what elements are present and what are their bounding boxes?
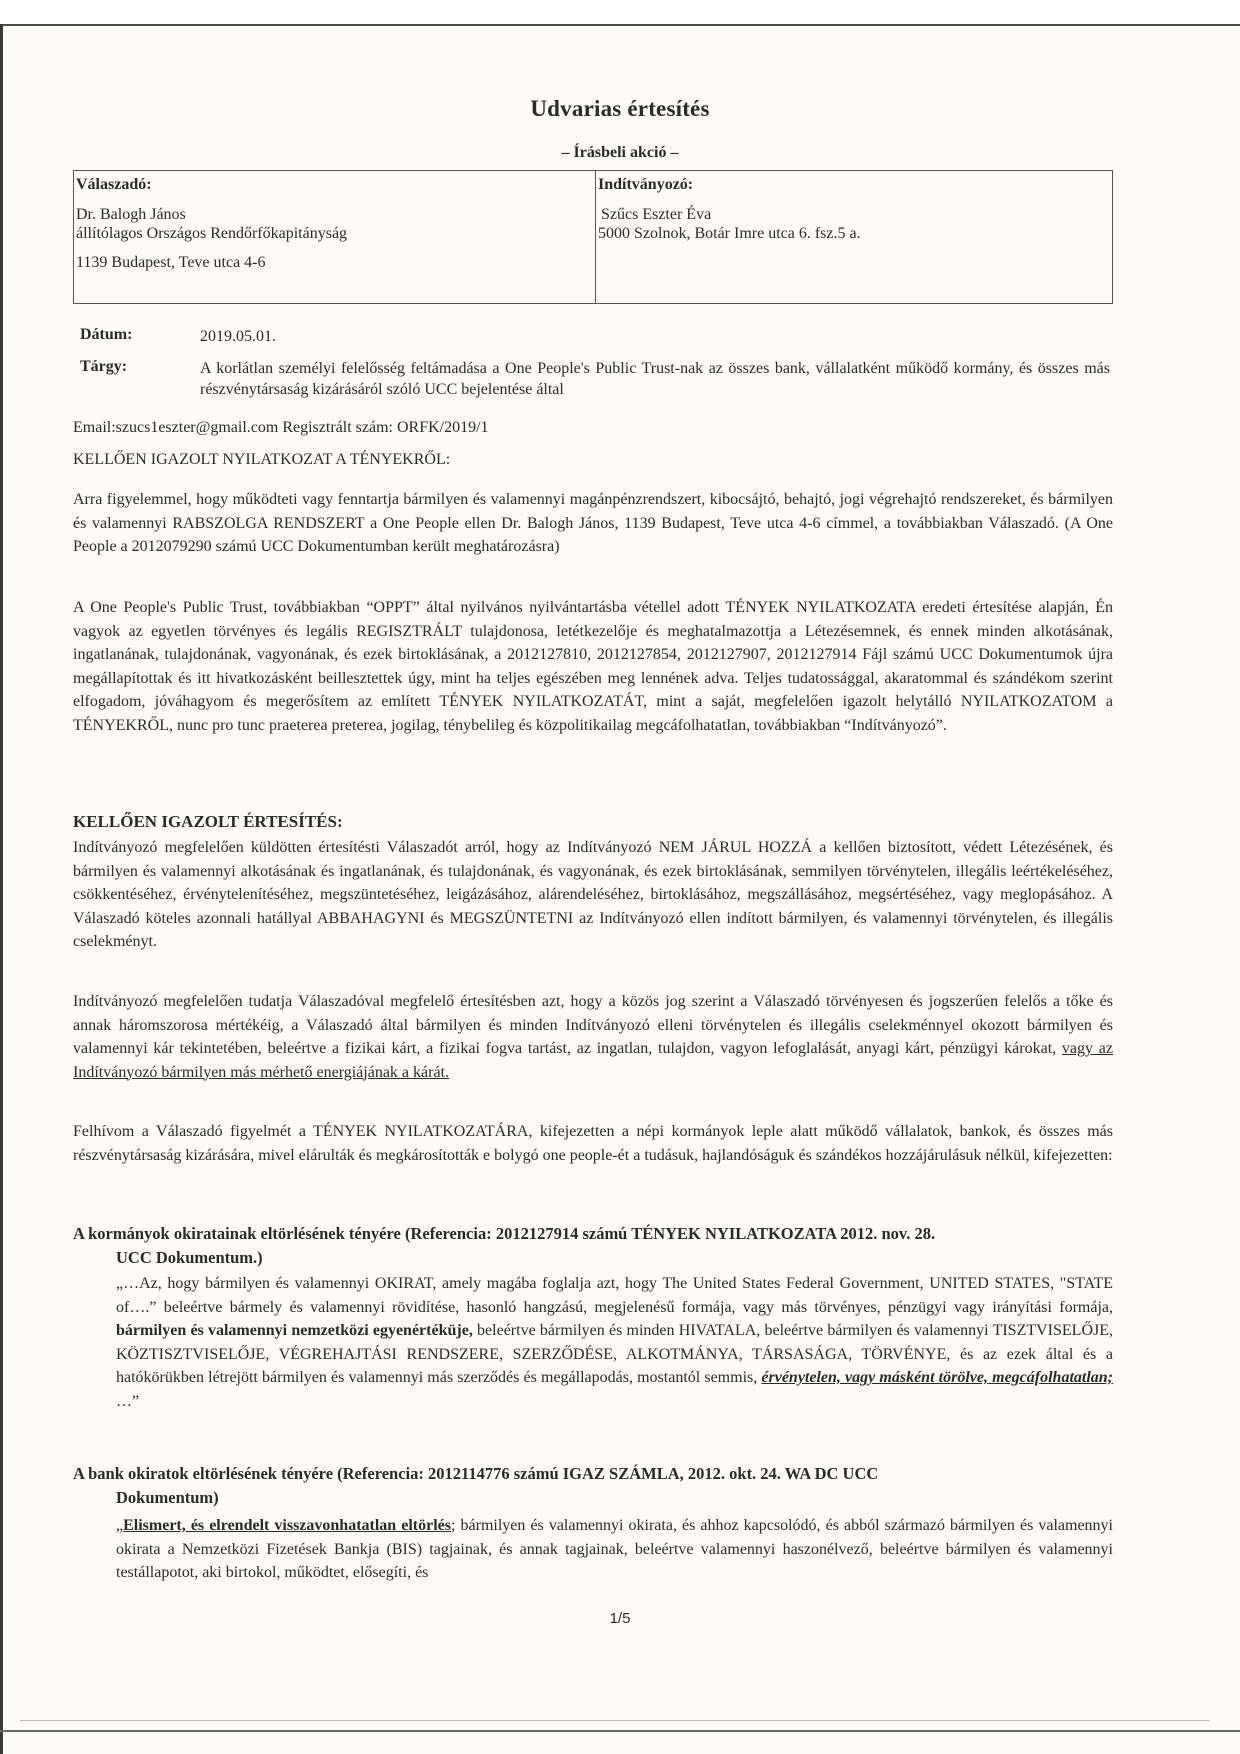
- reference-1-heading-line1: A kormányok okiratainak eltörlésének tén…: [73, 1224, 935, 1243]
- contact-line: Email:szucs1eszter@gmail.com Regisztrált…: [73, 419, 489, 437]
- page-number: 1/5: [0, 1610, 1240, 1627]
- subject-label: Tárgy:: [80, 358, 200, 400]
- paragraph-2: A One People's Public Trust, továbbiakba…: [73, 596, 1113, 737]
- reference-1-quote: „…Az, hogy bármilyen és valamennyi OKIRA…: [116, 1272, 1113, 1413]
- paragraph-4-text: Indítványozó megfelelően tudatja Válasza…: [73, 993, 1113, 1057]
- date-row: Dátum: 2019.05.01.: [80, 326, 1110, 347]
- page-bottom-rule: [20, 1720, 1210, 1721]
- paragraph-5: Felhívom a Válaszadó figyelmét a TÉNYEK …: [73, 1120, 1113, 1167]
- reference-2-heading: A bank okiratok eltörlésének tényére (Re…: [73, 1462, 1133, 1510]
- claimant-address: 5000 Szolnok, Botár Imre utca 6. fsz.5 a…: [598, 224, 1110, 243]
- subject-row: Tárgy: A korlátlan személyi felelősség f…: [80, 358, 1110, 400]
- notice-heading: KELLŐEN IGAZOLT ÉRTESÍTÉS:: [73, 812, 343, 832]
- reference-2-heading-line2: Dokumentum): [73, 1486, 1133, 1510]
- date-value: 2019.05.01.: [200, 326, 1110, 347]
- claimant-name: Szűcs Eszter Éva: [598, 205, 1110, 224]
- document-subtitle: – Írásbeli akció –: [0, 144, 1240, 162]
- quote-1-emphasis: érvénytelen, vagy másként törölve, megcá…: [761, 1369, 1113, 1386]
- scan-bottom-edge: [0, 1730, 1240, 1732]
- quote-1-bold: bármilyen és valamennyi nemzetközi egyen…: [116, 1322, 473, 1339]
- reference-1-heading-line2: UCC Dokumentum.): [73, 1246, 1133, 1270]
- reference-1-heading: A kormányok okiratainak eltörlésének tén…: [73, 1222, 1133, 1270]
- parties-table: Válaszadó: Dr. Balogh János állítólagos …: [73, 170, 1113, 304]
- reference-2-heading-line1: A bank okiratok eltörlésének tényére (Re…: [73, 1464, 878, 1483]
- document-title: Udvarias értesítés: [0, 96, 1240, 122]
- reference-2-quote: „Elismert, és elrendelt visszavonhatatla…: [116, 1514, 1113, 1585]
- respondent-label: Válaszadó:: [76, 175, 593, 194]
- claimant-cell: Indítványozó: Szűcs Eszter Éva 5000 Szol…: [596, 171, 1112, 303]
- quote-2-emphasis: Elismert, és elrendelt visszavonhatatlan…: [123, 1517, 451, 1534]
- subject-value: A korlátlan személyi felelősség feltámad…: [200, 358, 1110, 400]
- facts-heading: KELLŐEN IGAZOLT NYILATKOZAT A TÉNYEKRŐL:: [73, 451, 450, 469]
- date-label: Dátum:: [80, 326, 200, 347]
- paragraph-4: Indítványozó megfelelően tudatja Válasza…: [73, 990, 1113, 1084]
- respondent-address: 1139 Budapest, Teve utca 4-6: [76, 253, 593, 272]
- quote-1-end: …”: [116, 1393, 139, 1410]
- scan-left-edge: [0, 24, 3, 1754]
- respondent-cell: Válaszadó: Dr. Balogh János állítólagos …: [74, 171, 596, 303]
- respondent-role: állítólagos Országos Rendőrfőkapitányság: [76, 224, 593, 243]
- paragraph-3: Indítványozó megfelelően küldötten értes…: [73, 836, 1113, 954]
- respondent-name: Dr. Balogh János: [76, 205, 593, 224]
- quote-1-text: „…Az, hogy bármilyen és valamennyi OKIRA…: [116, 1275, 1113, 1316]
- claimant-label: Indítványozó:: [598, 175, 1110, 194]
- paragraph-1: Arra figyelemmel, hogy működteti vagy fe…: [73, 488, 1113, 559]
